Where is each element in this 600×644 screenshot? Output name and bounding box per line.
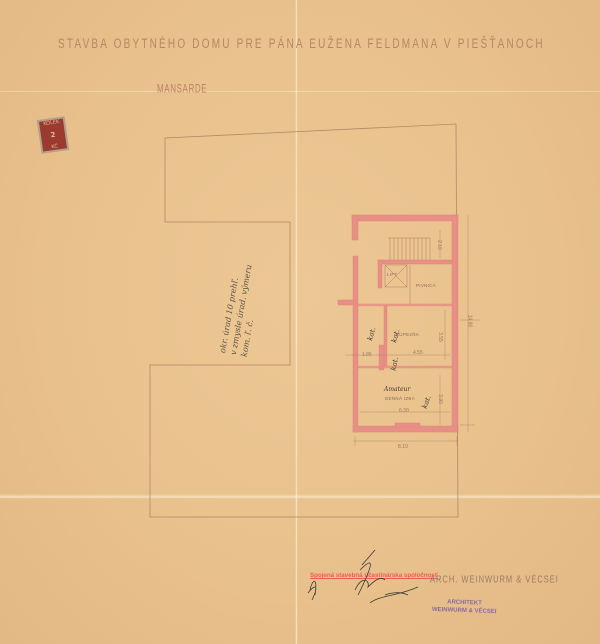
signature-icon	[300, 545, 430, 615]
dimension-bathroom-width: 4.55	[413, 350, 423, 356]
staircase-icon	[388, 238, 430, 260]
room-label-cellar: PIVNICA	[416, 283, 436, 288]
room-annotation: Amateur	[384, 386, 410, 393]
lift-shaft-icon	[385, 265, 410, 304]
architect-name: ARCH. WEINWURM & VÉCSEI	[430, 573, 559, 585]
dimension-living-depth: 3.90	[437, 394, 443, 404]
site-boundary	[150, 124, 458, 517]
dimension-hall-width: 1.85	[362, 352, 372, 358]
dimension-stair: 2.10	[436, 240, 442, 250]
architect-stamp: ARCHITEKT WEINWURM & VÉCSEI	[432, 598, 497, 616]
dimension-width: 8.10	[398, 444, 408, 450]
dimension-height: 14.80	[466, 315, 472, 328]
room-label-lift: LIFT	[387, 272, 397, 277]
dimension-bathroom-depth: 3.55	[437, 332, 443, 342]
dimension-living-width: 6.30	[399, 408, 409, 414]
dimension-lines	[345, 215, 480, 446]
room-label-living-room: DENNÁ IZBA	[385, 396, 415, 401]
